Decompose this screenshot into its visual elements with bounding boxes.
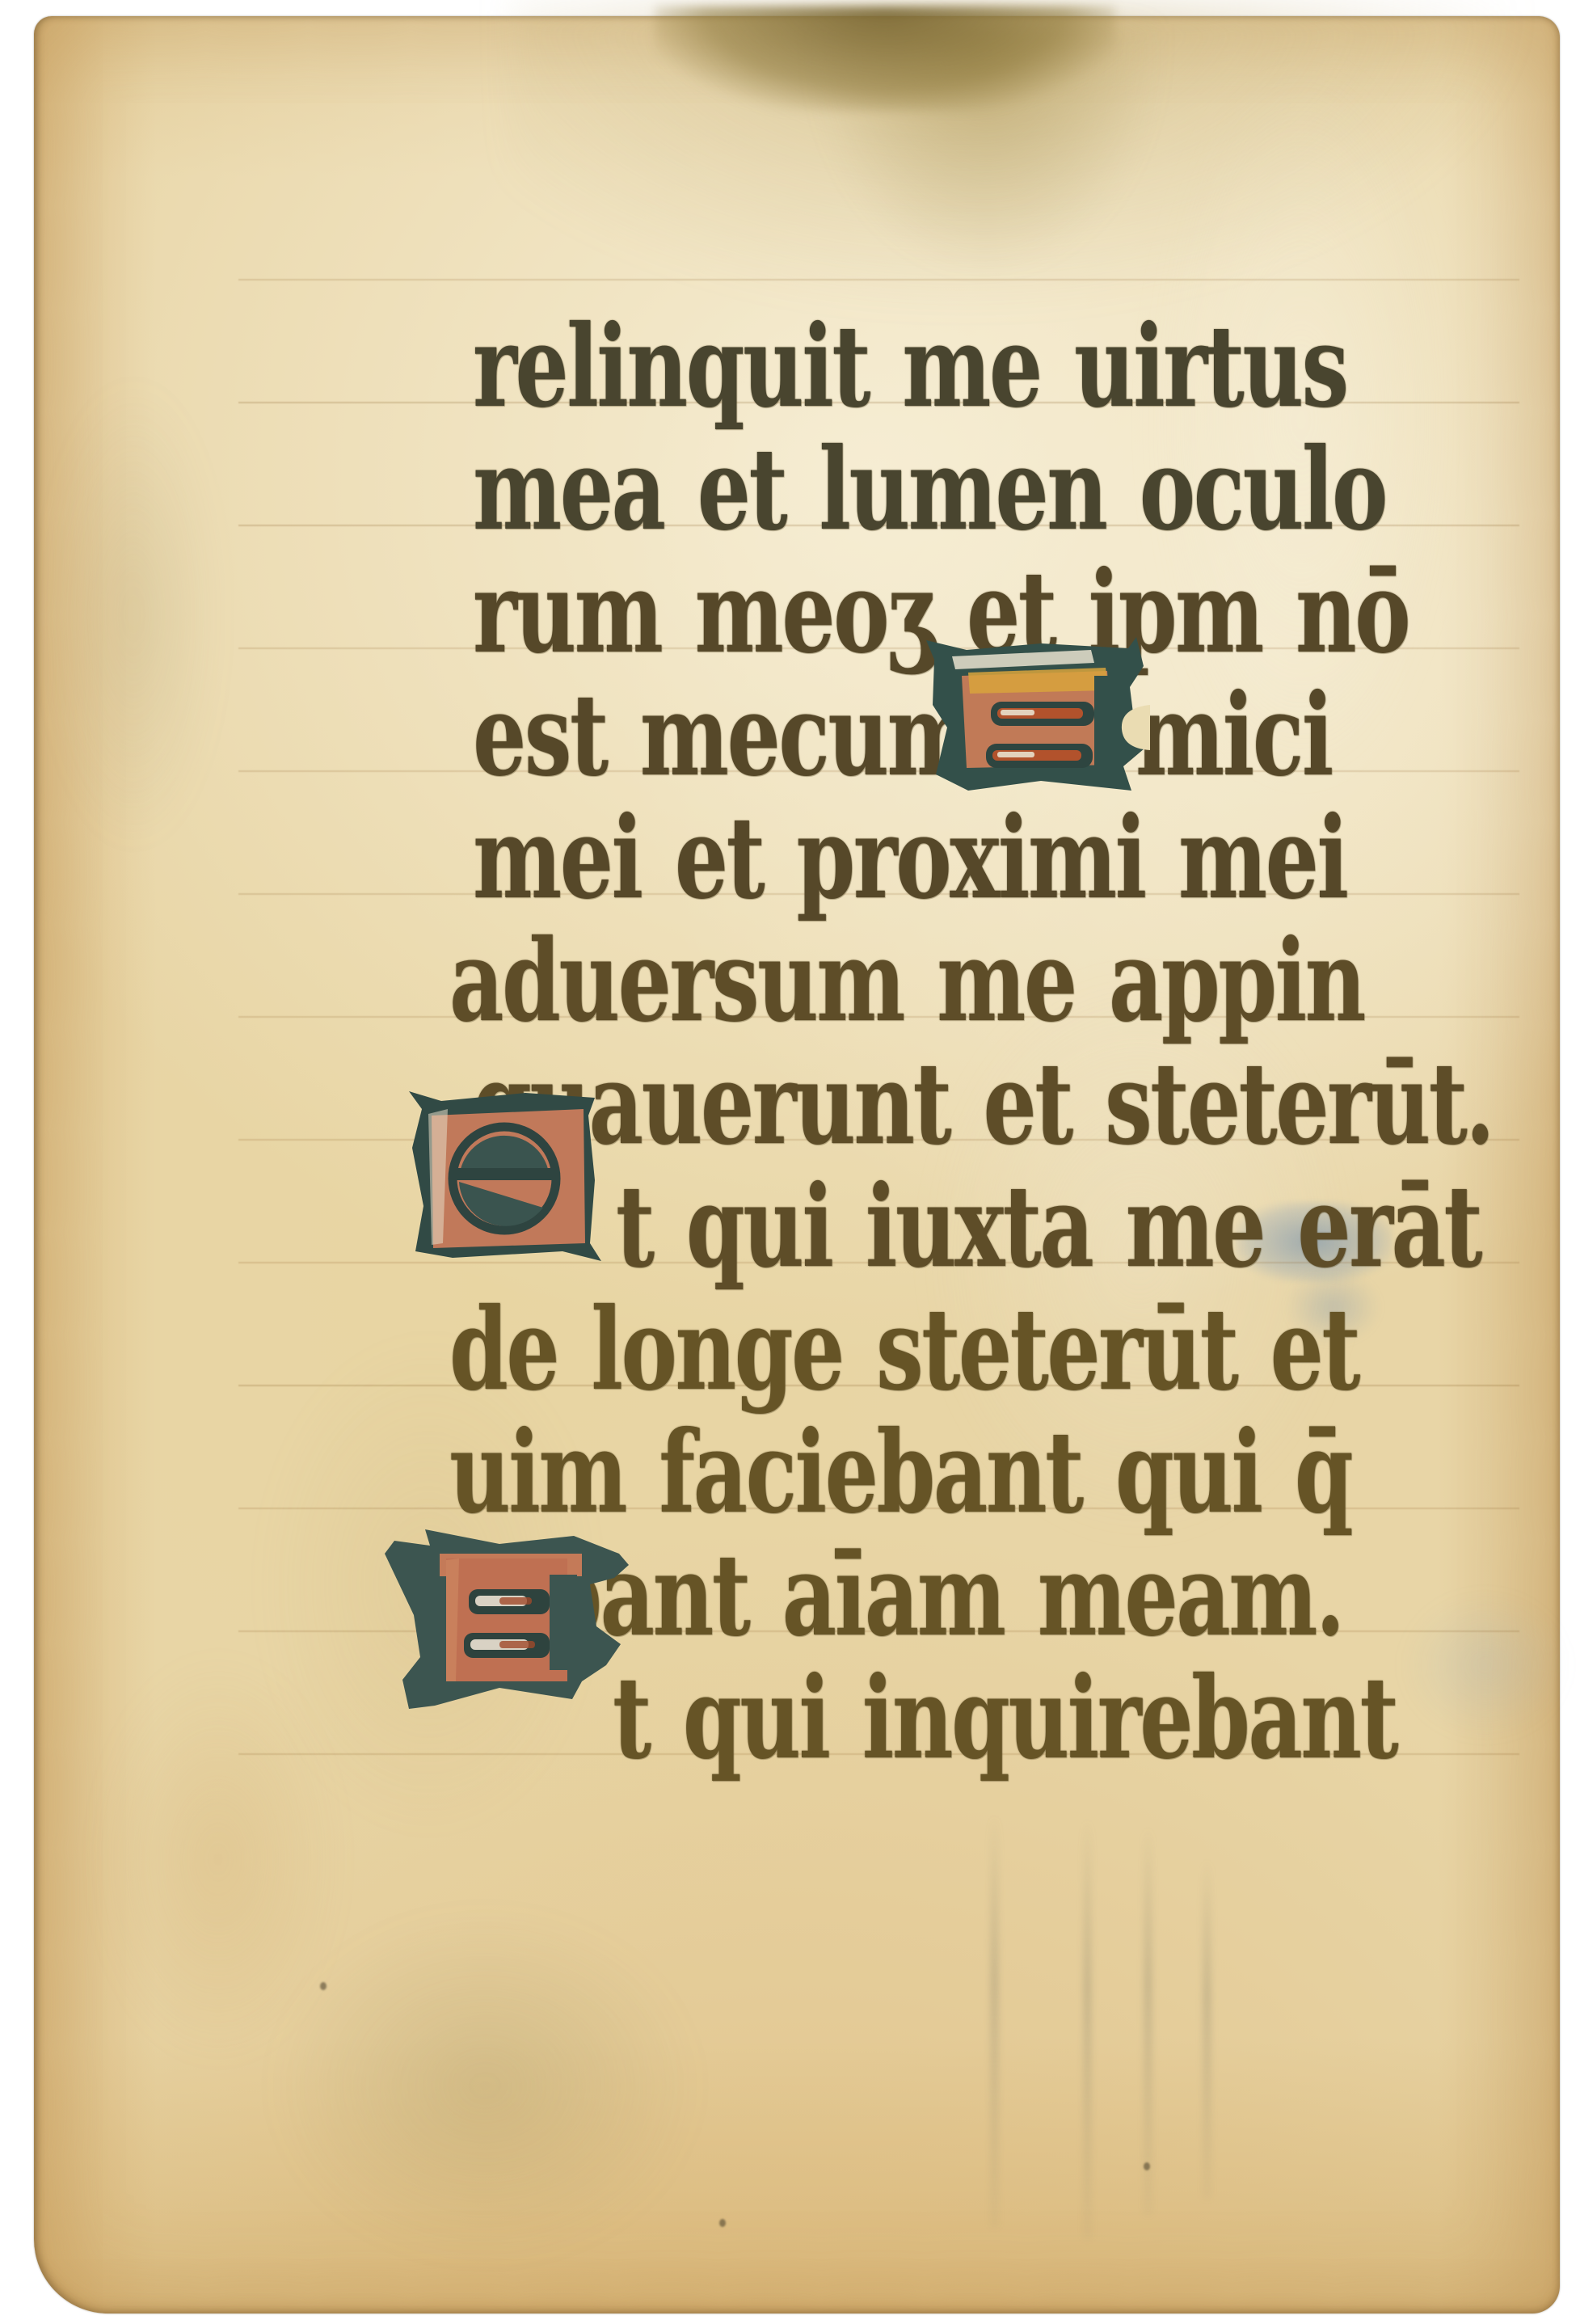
- ink-speck: [1144, 2162, 1150, 2170]
- illuminated-initial-e2: E: [378, 1521, 637, 1723]
- text-line: mea et lumen oculo: [473, 422, 1386, 557]
- text-line: t qui iuxta me erāt: [616, 1159, 1481, 1294]
- initial-a-ornament: [920, 631, 1150, 804]
- initial-e2-ornament: [378, 1521, 637, 1723]
- pencil-streak: [1083, 1819, 1092, 2239]
- line-text: de longe steterūt et: [449, 1283, 1359, 1415]
- text-line: uim faciebant qui q̄: [449, 1405, 1351, 1540]
- text-line: de longe steterūt et: [449, 1282, 1359, 1417]
- line-text: quauerunt et steterūt.: [473, 1037, 1493, 1170]
- text-line: mici: [1135, 668, 1332, 803]
- line-text: mei et proximi mei: [473, 791, 1347, 924]
- line-text: uim faciebant qui q̄: [449, 1406, 1351, 1538]
- text-line: quauerunt et steterūt.: [473, 1036, 1493, 1171]
- text-line: relinquit me uirtus: [473, 299, 1347, 434]
- ink-speck: [320, 1982, 327, 1990]
- line-text: t qui inquirebant: [613, 1651, 1397, 1784]
- line-text: mici: [1135, 669, 1332, 801]
- text-line: t qui inquirebant: [613, 1651, 1397, 1786]
- illuminated-initial-e: E: [404, 1085, 606, 1267]
- line-text: t qui iuxta me erāt: [616, 1160, 1481, 1293]
- ink-speck: [719, 2219, 726, 2227]
- pencil-streak: [1203, 1859, 1211, 2199]
- pencil-streak: [1144, 1827, 1152, 2215]
- text-line: mei et proximi mei: [473, 791, 1347, 926]
- line-text: aduersum me appin: [449, 914, 1364, 1047]
- illuminated-initial-a: A: [920, 631, 1150, 804]
- ruling-line: [238, 279, 1519, 280]
- pencil-streak: [990, 1815, 999, 2227]
- initial-e-ornament: [404, 1085, 606, 1267]
- line-text: relinquit me uirtus: [473, 300, 1347, 432]
- line-text: mea et lumen oculo: [473, 423, 1386, 555]
- text-line: aduersum me appin: [449, 913, 1364, 1048]
